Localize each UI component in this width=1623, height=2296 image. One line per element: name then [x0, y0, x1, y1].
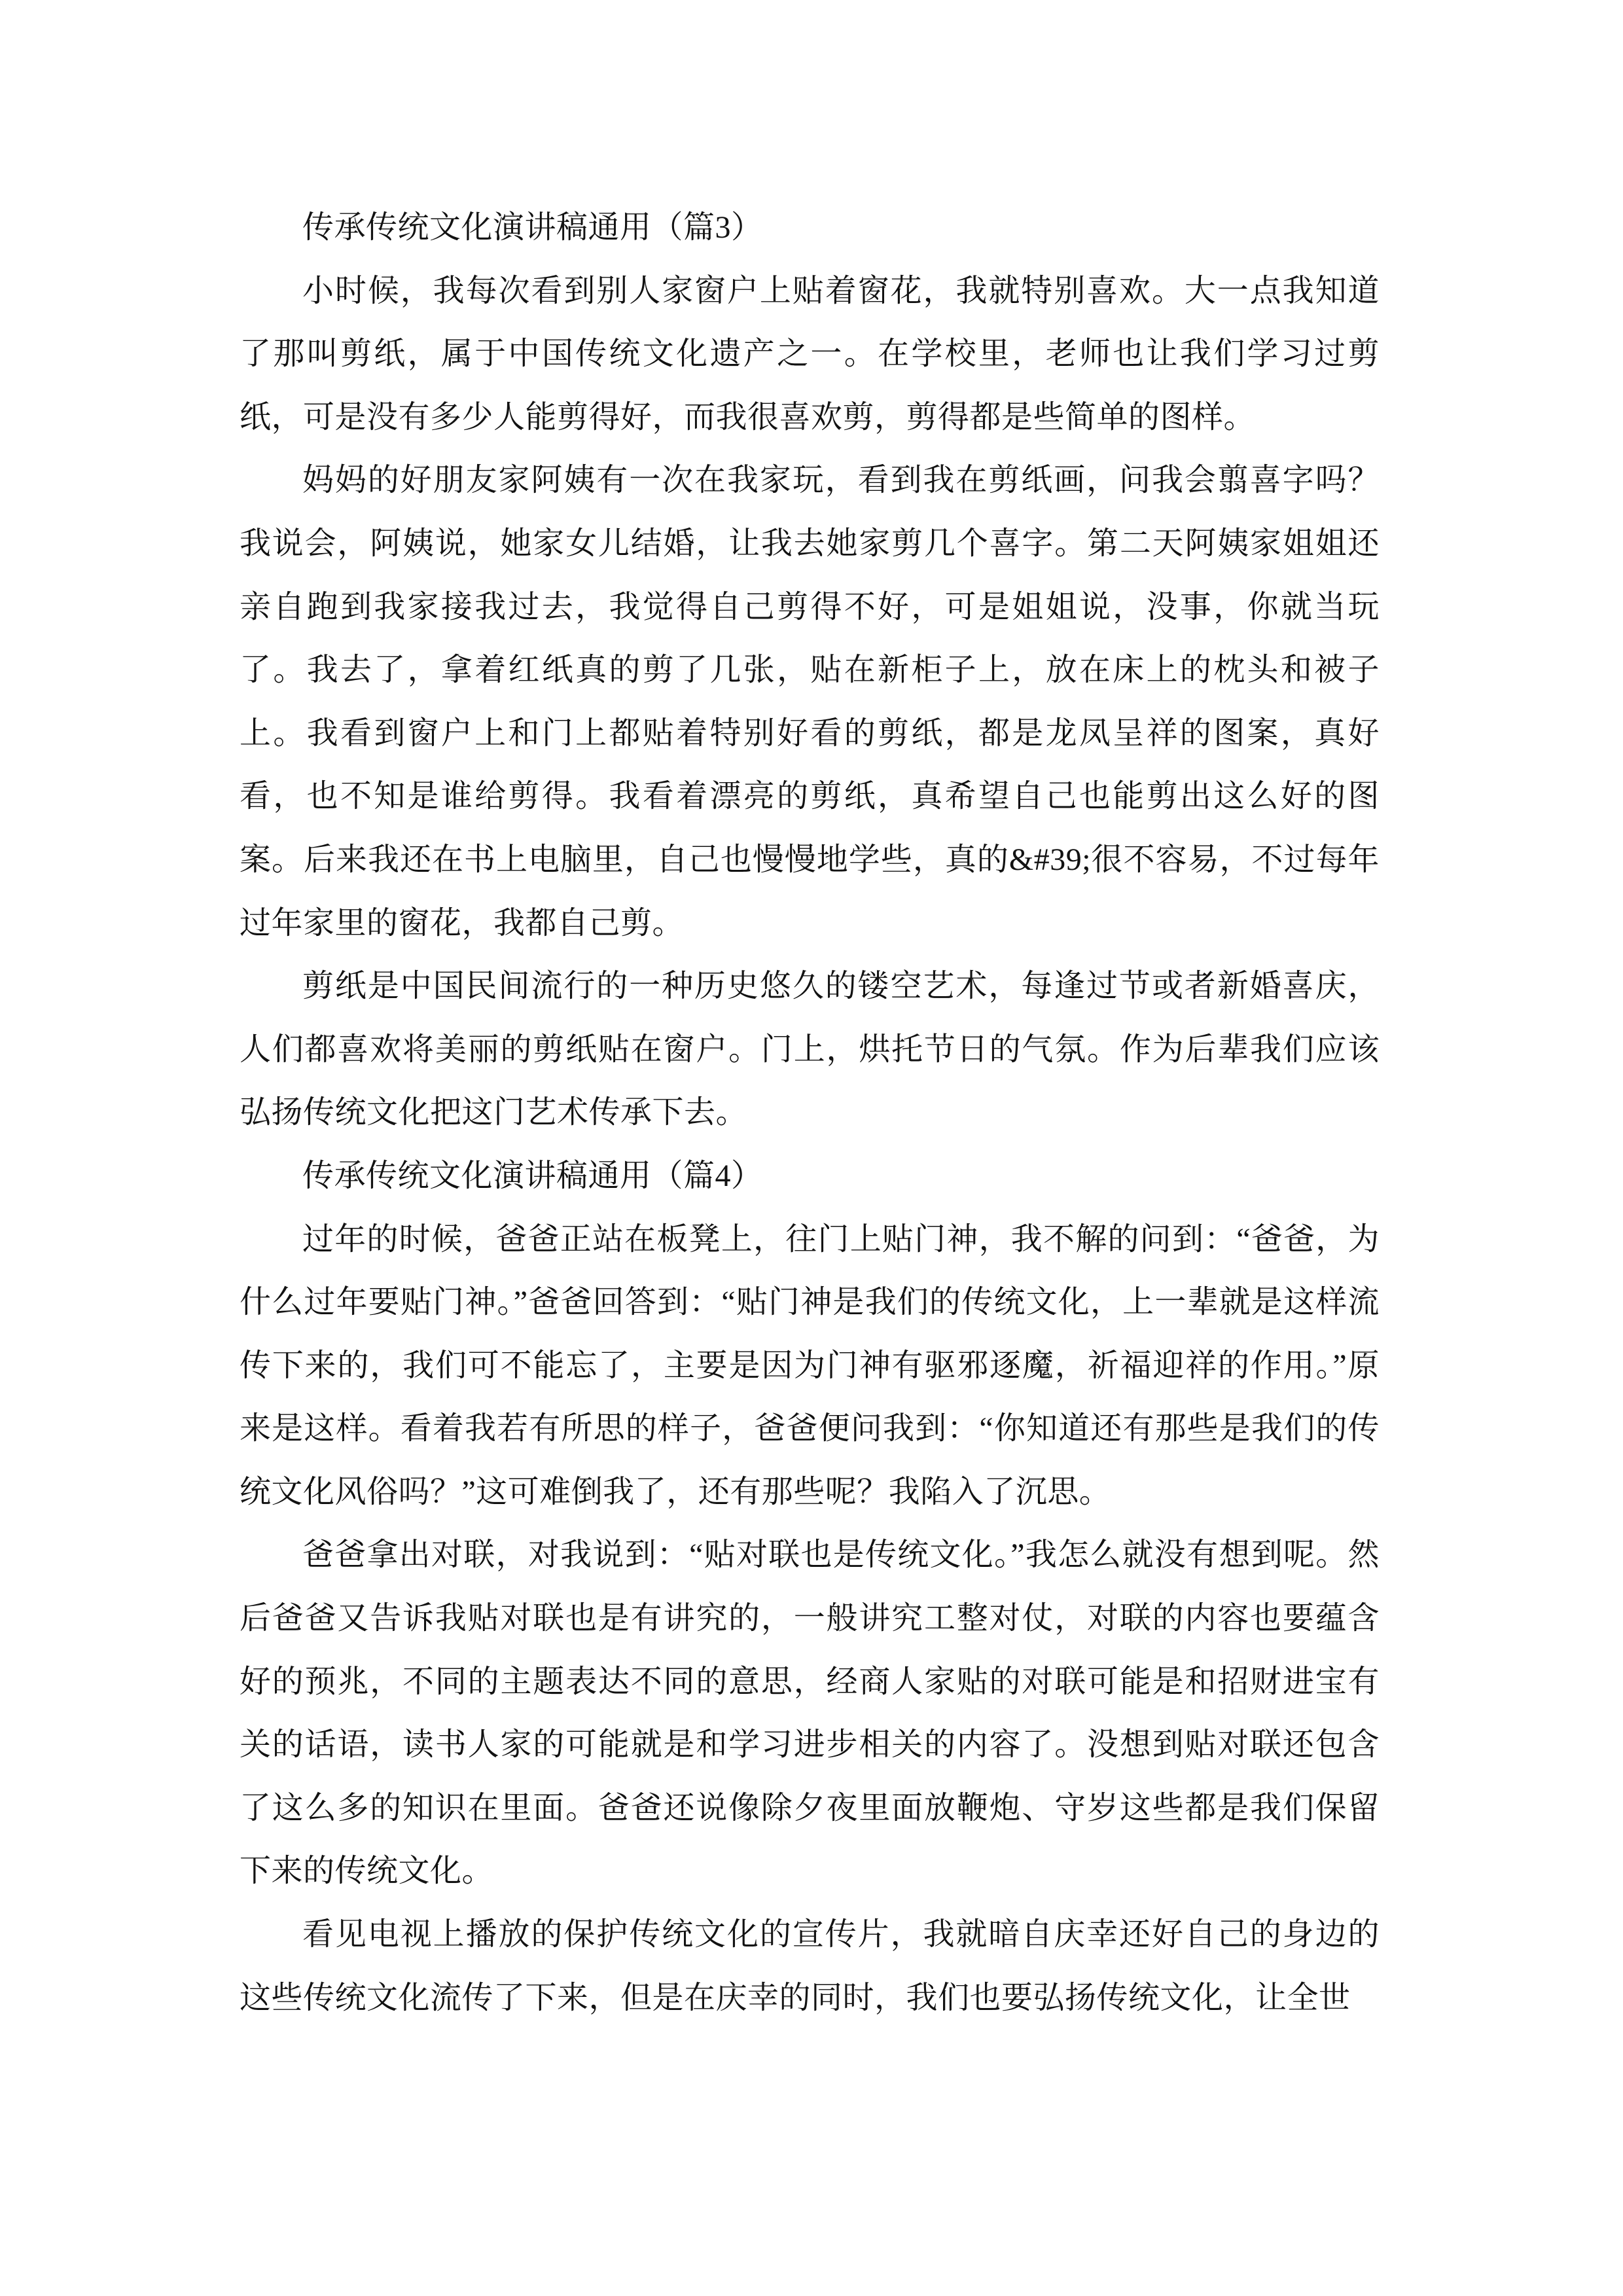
essay-paragraph: 过年的时候，爸爸正站在板凳上，往门上贴门神，我不解的问到：“爸爸，为什么过年要贴… [240, 1208, 1380, 1524]
essay-heading-part4: 传承传统文化演讲稿通用（篇4） [240, 1145, 1380, 1208]
document-page: 传承传统文化演讲稿通用（篇3） 小时候，我每次看到别人家窗户上贴着窗花，我就特别… [0, 0, 1623, 2296]
essay-paragraph: 爸爸拿出对联，对我说到：“贴对联也是传统文化。”我怎么就没有想到呢。然后爸爸又告… [240, 1524, 1380, 1903]
essay-heading-part3: 传承传统文化演讲稿通用（篇3） [240, 196, 1380, 260]
essay-text-block: 传承传统文化演讲稿通用（篇3） 小时候，我每次看到别人家窗户上贴着窗花，我就特别… [240, 196, 1380, 2030]
essay-paragraph: 小时候，我每次看到别人家窗户上贴着窗花，我就特别喜欢。大一点我知道了那叫剪纸，属… [240, 260, 1380, 450]
essay-paragraph: 看见电视上播放的保护传统文化的宣传片，我就暗自庆幸还好自己的身边的这些传统文化流… [240, 1903, 1380, 2030]
essay-paragraph: 剪纸是中国民间流行的一种历史悠久的镂空艺术，每逢过节或者新婚喜庆，人们都喜欢将美… [240, 955, 1380, 1145]
essay-paragraph: 妈妈的好朋友家阿姨有一次在我家玩，看到我在剪纸画，问我会翦喜字吗？我说会，阿姨说… [240, 449, 1380, 955]
